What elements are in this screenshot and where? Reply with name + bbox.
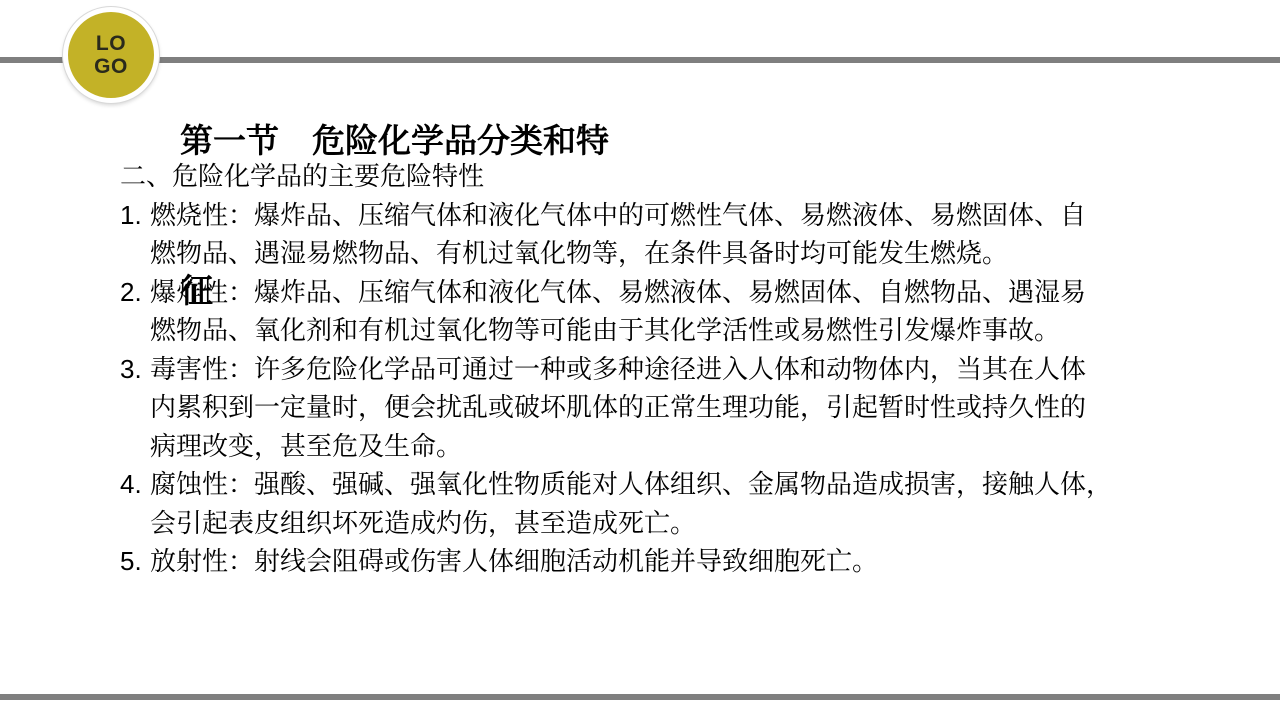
- item-line: 燃物品、氧化剂和有机过氧化物等可能由于其化学活性或易燃性引发爆炸事故。: [150, 311, 1180, 350]
- item-text: 放射性：射线会阻碍或伤害人体细胞活动机能并导致细胞死亡。: [150, 546, 878, 576]
- item-text: 腐蚀性：强酸、强碱、强氧化性物质能对人体组织、金属物品造成损害，接触人体，: [150, 469, 1112, 499]
- list-item: 3.毒害性：许多危险化学品可通过一种或多种途径进入人体和动物体内，当其在人体 内…: [120, 350, 1180, 466]
- logo-badge: LO GO: [63, 7, 159, 103]
- item-number: 2.: [120, 273, 150, 312]
- list-item: 2.爆炸性：爆炸品、压缩气体和液化气体、易燃液体、易燃固体、自燃物品、遇湿易 燃…: [120, 273, 1180, 350]
- item-line: 燃物品、遇湿易燃物品、有机过氧化物等，在条件具备时均可能发生燃烧。: [150, 234, 1180, 273]
- item-line: 病理改变，甚至危及生命。: [150, 427, 1180, 466]
- list-item: 5.放射性：射线会阻碍或伤害人体细胞活动机能并导致细胞死亡。: [120, 542, 1180, 581]
- body-heading: 二、危险化学品的主要危险特性: [120, 157, 1180, 196]
- item-text: 爆炸性：爆炸品、压缩气体和液化气体、易燃液体、易燃固体、自燃物品、遇湿易: [150, 277, 1086, 307]
- item-line: 内累积到一定量时，便会扰乱或破坏肌体的正常生理功能，引起暂时性或持久性的: [150, 388, 1180, 427]
- bottom-rule-line: [0, 694, 1280, 700]
- slide-body: 二、危险化学品的主要危险特性 1.燃烧性：爆炸品、压缩气体和液化气体中的可燃性气…: [120, 157, 1180, 581]
- item-line: 5.放射性：射线会阻碍或伤害人体细胞活动机能并导致细胞死亡。: [150, 542, 1180, 581]
- slide: LO GO 第一节 危险化学品分类和特 征 二、危险化学品的主要危险特性 1.燃…: [0, 0, 1280, 720]
- item-number: 5.: [120, 542, 150, 581]
- list-item: 4.腐蚀性：强酸、强碱、强氧化性物质能对人体组织、金属物品造成损害，接触人体， …: [120, 465, 1180, 542]
- logo-text-line1: LO: [96, 32, 126, 55]
- item-line: 3.毒害性：许多危险化学品可通过一种或多种途径进入人体和动物体内，当其在人体: [150, 350, 1180, 389]
- item-line: 2.爆炸性：爆炸品、压缩气体和液化气体、易燃液体、易燃固体、自燃物品、遇湿易: [150, 273, 1180, 312]
- logo-text-line2: GO: [94, 55, 128, 78]
- item-number: 3.: [120, 350, 150, 389]
- list-item: 1.燃烧性：爆炸品、压缩气体和液化气体中的可燃性气体、易燃液体、易燃固体、自 燃…: [120, 196, 1180, 273]
- item-text: 毒害性：许多危险化学品可通过一种或多种途径进入人体和动物体内，当其在人体: [150, 354, 1086, 384]
- item-number: 4.: [120, 465, 150, 504]
- item-line: 会引起表皮组织坏死造成灼伤，甚至造成死亡。: [150, 504, 1180, 543]
- item-line: 4.腐蚀性：强酸、强碱、强氧化性物质能对人体组织、金属物品造成损害，接触人体，: [150, 465, 1180, 504]
- item-number: 1.: [120, 196, 150, 235]
- item-line: 1.燃烧性：爆炸品、压缩气体和液化气体中的可燃性气体、易燃液体、易燃固体、自: [150, 196, 1180, 235]
- item-text: 燃烧性：爆炸品、压缩气体和液化气体中的可燃性气体、易燃液体、易燃固体、自: [150, 200, 1086, 230]
